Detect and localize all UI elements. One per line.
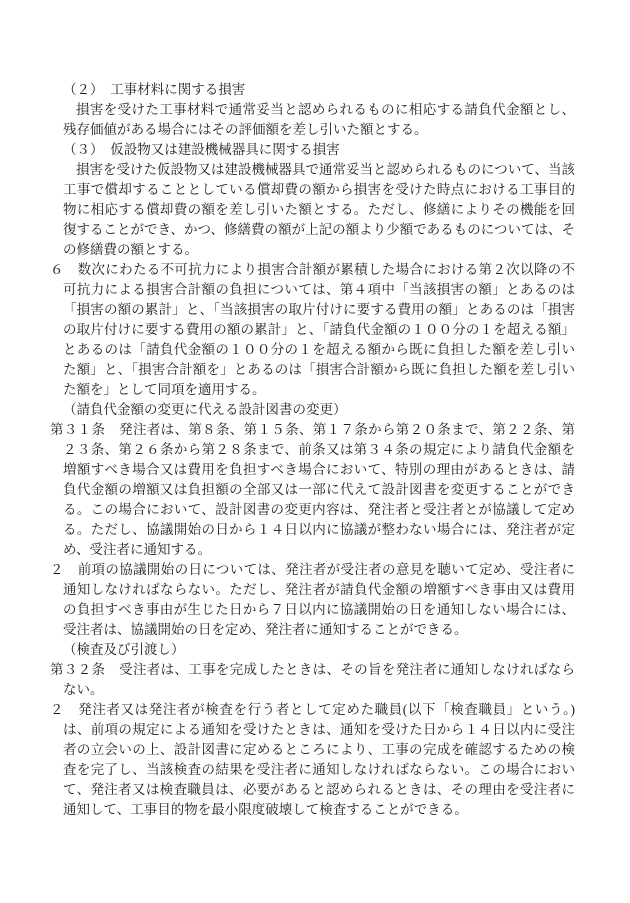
item-2-body: 損害を受けた工事材料で通常妥当と認められるものに相応する請負代金額とし、残存価値… xyxy=(63,100,575,140)
article-31-paragraph-2: ２ 前項の協議開始の日については、発注者が受注者の意見を聴いて定め、受注者に通知… xyxy=(63,560,575,640)
article-32-paragraph-1: 第３２条 受注者は、工事を完成したときは、その旨を発注者に通知しなければならない… xyxy=(63,660,575,700)
item-2-heading: （２） 工事材料に関する損害 xyxy=(63,80,575,100)
item-3-body: 損害を受けた仮設物又は建設機械器具で通常妥当と認められるものについて、当該工事で… xyxy=(63,160,575,260)
paragraph-6: ６ 数次にわたる不可抗力により損害合計額が累積した場合における第２次以降の不可抗… xyxy=(63,260,575,400)
article-31-heading: （請負代金額の変更に代える設計図書の変更） xyxy=(63,400,575,420)
article-32-heading: （検査及び引渡し） xyxy=(63,640,575,660)
document-text-block: （２） 工事材料に関する損害 損害を受けた工事材料で通常妥当と認められるものに相… xyxy=(63,80,575,820)
article-31-paragraph-1: 第３１条 発注者は、第８条、第１５条、第１７条から第２０条まで、第２２条、第２３… xyxy=(63,420,575,560)
article-32-paragraph-2: ２ 発注者又は発注者が検査を行う者として定めた職員(以下「検査職員」という。)は… xyxy=(63,700,575,820)
contract-document-page: （２） 工事材料に関する損害 損害を受けた工事材料で通常妥当と認められるものに相… xyxy=(0,0,630,903)
item-3-heading: （３） 仮設物又は建設機械器具に関する損害 xyxy=(63,140,575,160)
